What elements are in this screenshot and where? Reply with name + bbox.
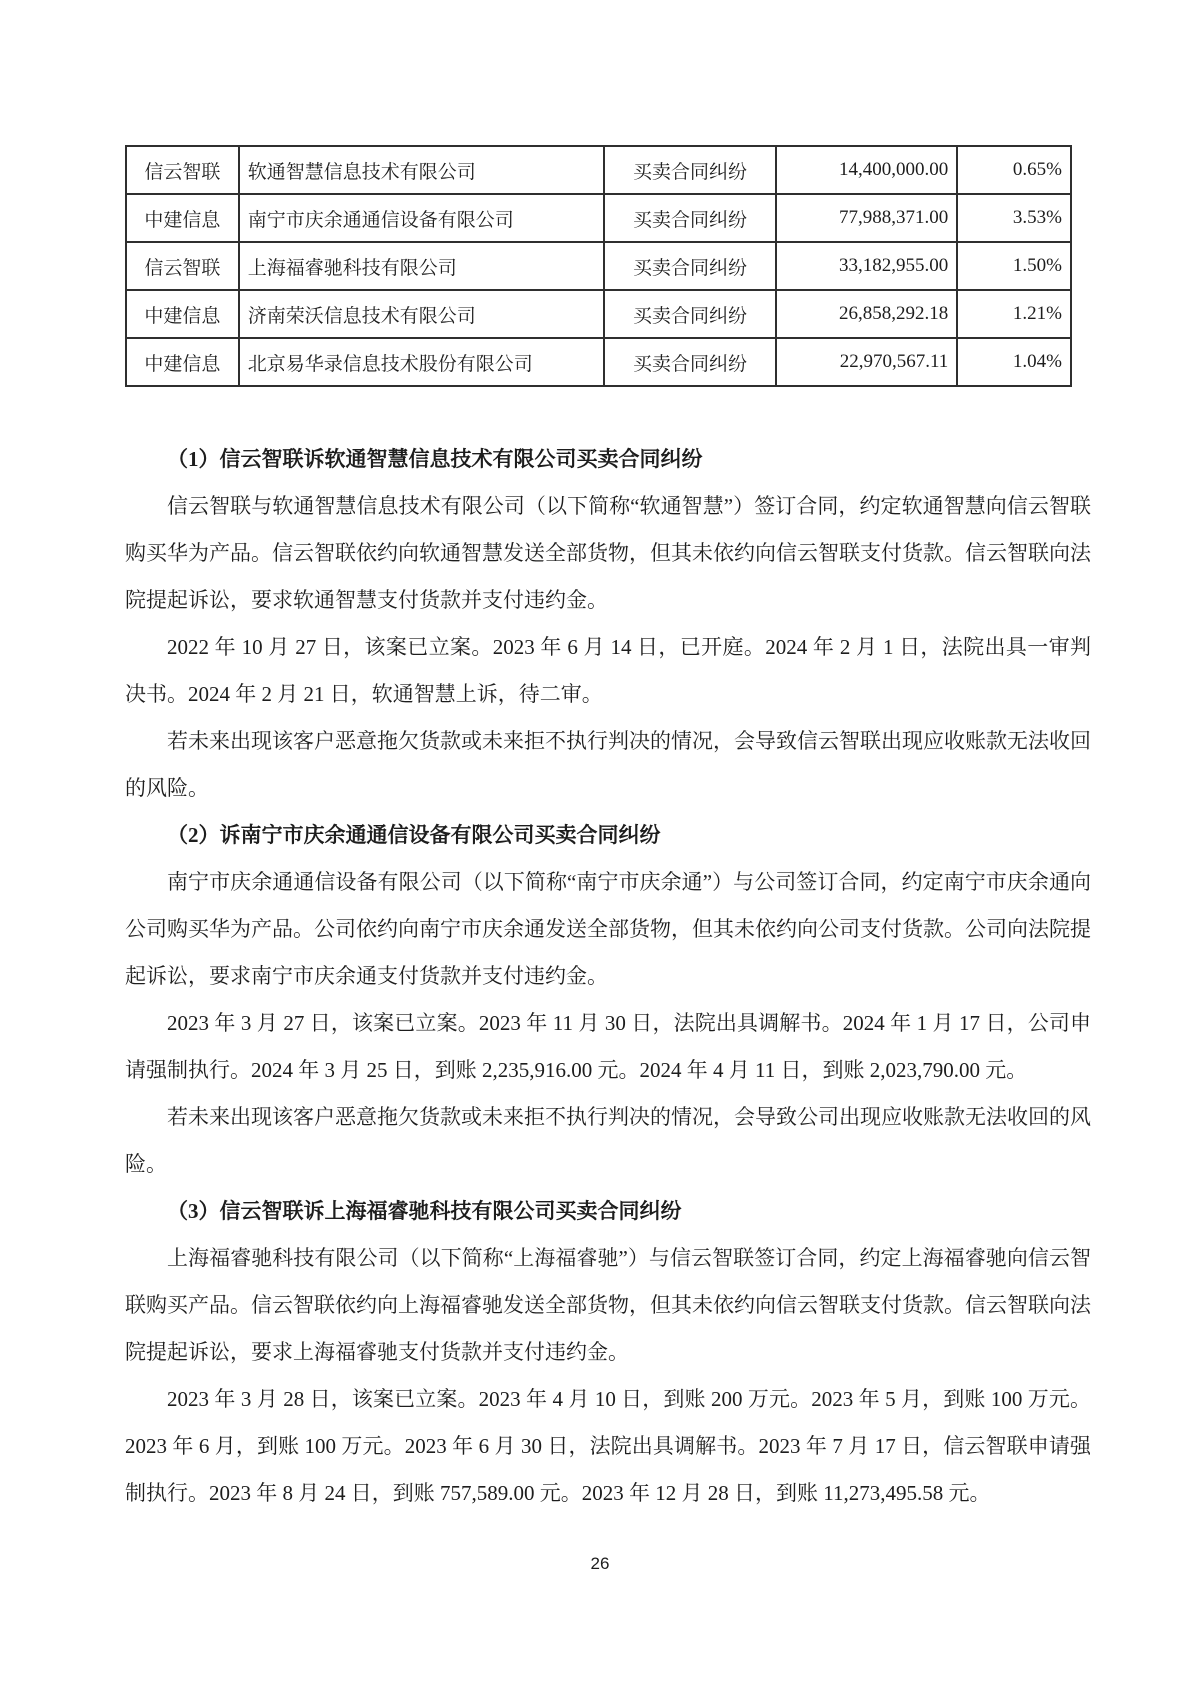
document-body: （1）信云智联诉软通智慧信息技术有限公司买卖合同纠纷信云智联与软通智慧信息技术有… bbox=[125, 436, 1091, 1517]
section-heading-2: （2）诉南宁市庆余通通信设备有限公司买卖合同纠纷 bbox=[125, 812, 1091, 859]
cell-counterparty: 软通智慧信息技术有限公司 bbox=[239, 146, 604, 194]
cell-ratio: 1.21% bbox=[957, 290, 1071, 338]
cell-amount: 14,400,000.00 bbox=[776, 146, 957, 194]
paragraph: 2023 年 3 月 27 日，该案已立案。2023 年 11 月 30 日，法… bbox=[125, 1000, 1091, 1094]
page-number: 26 bbox=[0, 1540, 1200, 1587]
cell-amount: 33,182,955.00 bbox=[776, 242, 957, 290]
paragraph: 信云智联与软通智慧信息技术有限公司（以下简称“软通智慧”）签订合同，约定软通智慧… bbox=[125, 483, 1091, 624]
cell-company: 信云智联 bbox=[126, 146, 239, 194]
table-row: 中建信息北京易华录信息技术股份有限公司买卖合同纠纷22,970,567.111.… bbox=[126, 338, 1071, 386]
paragraph: 2023 年 3 月 28 日，该案已立案。2023 年 4 月 10 日，到账… bbox=[125, 1376, 1091, 1517]
cell-case-type: 买卖合同纠纷 bbox=[604, 194, 776, 242]
cell-company: 中建信息 bbox=[126, 194, 239, 242]
cell-company: 中建信息 bbox=[126, 338, 239, 386]
paragraph: 南宁市庆余通通信设备有限公司（以下简称“南宁市庆余通”）与公司签订合同，约定南宁… bbox=[125, 859, 1091, 1000]
litigation-table: 信云智联软通智慧信息技术有限公司买卖合同纠纷14,400,000.000.65%… bbox=[125, 145, 1072, 387]
cell-counterparty: 济南荣沃信息技术有限公司 bbox=[239, 290, 604, 338]
cell-ratio: 3.53% bbox=[957, 194, 1071, 242]
section-heading-3: （3）信云智联诉上海福睿驰科技有限公司买卖合同纠纷 bbox=[125, 1188, 1091, 1235]
cell-counterparty: 北京易华录信息技术股份有限公司 bbox=[239, 338, 604, 386]
table-row: 中建信息济南荣沃信息技术有限公司买卖合同纠纷26,858,292.181.21% bbox=[126, 290, 1071, 338]
cell-ratio: 1.04% bbox=[957, 338, 1071, 386]
paragraph: 上海福睿驰科技有限公司（以下简称“上海福睿驰”）与信云智联签订合同，约定上海福睿… bbox=[125, 1235, 1091, 1376]
section-heading-1: （1）信云智联诉软通智慧信息技术有限公司买卖合同纠纷 bbox=[125, 436, 1091, 483]
cell-amount: 77,988,371.00 bbox=[776, 194, 957, 242]
cell-case-type: 买卖合同纠纷 bbox=[604, 290, 776, 338]
paragraph: 若未来出现该客户恶意拖欠货款或未来拒不执行判决的情况，会导致公司出现应收账款无法… bbox=[125, 1094, 1091, 1188]
document-page: 信云智联软通智慧信息技术有限公司买卖合同纠纷14,400,000.000.65%… bbox=[0, 0, 1200, 1696]
cell-case-type: 买卖合同纠纷 bbox=[604, 242, 776, 290]
table-row: 信云智联上海福睿驰科技有限公司买卖合同纠纷33,182,955.001.50% bbox=[126, 242, 1071, 290]
table-row: 中建信息南宁市庆余通通信设备有限公司买卖合同纠纷77,988,371.003.5… bbox=[126, 194, 1071, 242]
cell-amount: 26,858,292.18 bbox=[776, 290, 957, 338]
cell-case-type: 买卖合同纠纷 bbox=[604, 146, 776, 194]
cell-company: 信云智联 bbox=[126, 242, 239, 290]
cell-amount: 22,970,567.11 bbox=[776, 338, 957, 386]
cell-case-type: 买卖合同纠纷 bbox=[604, 338, 776, 386]
cell-ratio: 1.50% bbox=[957, 242, 1071, 290]
litigation-table-body: 信云智联软通智慧信息技术有限公司买卖合同纠纷14,400,000.000.65%… bbox=[126, 146, 1071, 386]
cell-counterparty: 南宁市庆余通通信设备有限公司 bbox=[239, 194, 604, 242]
table-row: 信云智联软通智慧信息技术有限公司买卖合同纠纷14,400,000.000.65% bbox=[126, 146, 1071, 194]
cell-counterparty: 上海福睿驰科技有限公司 bbox=[239, 242, 604, 290]
cell-company: 中建信息 bbox=[126, 290, 239, 338]
cell-ratio: 0.65% bbox=[957, 146, 1071, 194]
paragraph: 若未来出现该客户恶意拖欠货款或未来拒不执行判决的情况，会导致信云智联出现应收账款… bbox=[125, 718, 1091, 812]
paragraph: 2022 年 10 月 27 日，该案已立案。2023 年 6 月 14 日，已… bbox=[125, 624, 1091, 718]
